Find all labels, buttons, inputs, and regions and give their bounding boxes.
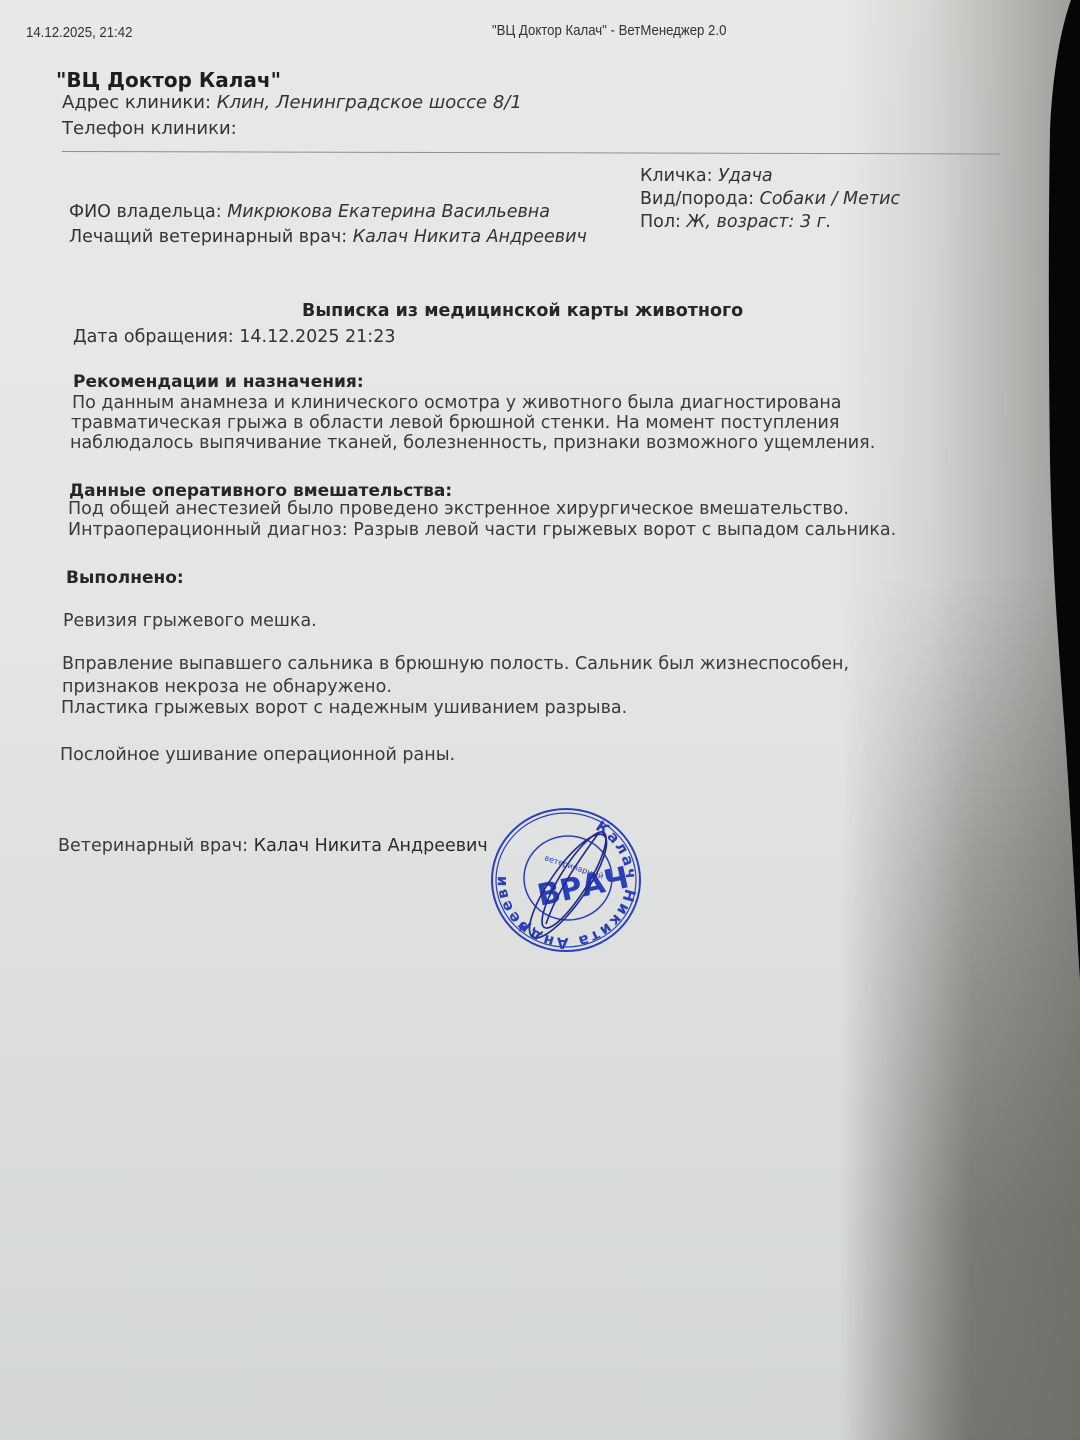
document-title: Выписка из медицинской карты животного <box>302 301 743 321</box>
surgery-line: Под общей анестезией было проведено экст… <box>68 499 849 519</box>
performed-item: Ревизия грыжевого мешка. <box>63 611 317 631</box>
clinic-phone: Телефон клиники: <box>62 118 237 139</box>
clinic-address-value: Клин, Ленинградское шоссе 8/1 <box>217 92 522 113</box>
signature-label: Ветеринарный врач: <box>58 836 248 856</box>
sex-age-label: Пол: <box>640 212 681 232</box>
performed-heading: Выполнено: <box>66 568 184 588</box>
doctor-row: Лечащий ветеринарный врач: Калач Никита … <box>69 227 587 247</box>
doctor-stamp-icon: Калач Никита Андреевич ветеринарный ВРАЧ… <box>486 804 646 956</box>
clinic-address: Адрес клиники: Клин, Ленинградское шоссе… <box>62 92 522 113</box>
performed-item: Послойное ушивание операционной раны. <box>60 745 455 765</box>
svg-text:★: ★ <box>516 920 529 936</box>
nickname-label: Кличка: <box>640 166 713 186</box>
nickname-value: Удача <box>718 166 773 186</box>
clinic-address-label: Адрес клиники: <box>62 92 211 113</box>
nickname-row: Кличка: Удача <box>640 166 773 186</box>
visit-date-label: Дата обращения: <box>73 327 234 347</box>
recommendations-line: травматическая грыжа в области левой брю… <box>71 413 839 433</box>
print-timestamp: 14.12.2025, 21:42 <box>26 24 132 41</box>
recommendations-line: наблюдалось выпячивание тканей, болезнен… <box>70 433 875 453</box>
background-dark-edge <box>1000 0 1080 1440</box>
surgery-heading: Данные оперативного вмешательства: <box>69 481 452 501</box>
performed-item: Вправление выпавшего сальника в брюшную … <box>62 654 849 674</box>
species-value: Собаки / Метис <box>760 189 900 209</box>
owner-value: Микрюкова Екатерина Васильевна <box>227 202 550 222</box>
sex-age-value: Ж, возраст: 3 г. <box>687 212 832 232</box>
performed-item: Пластика грыжевых ворот с надежным ушива… <box>61 698 627 718</box>
clinic-name: "ВЦ Доктор Калач" <box>56 68 281 92</box>
sex-age-row: Пол: Ж, возраст: 3 г. <box>640 212 831 232</box>
owner-label: ФИО владельца: <box>69 202 222 222</box>
species-row: Вид/порода: Собаки / Метис <box>640 189 900 209</box>
visit-date-value: 14.12.2025 21:23 <box>239 327 395 347</box>
signature-row: Ветеринарный врач: Калач Никита Андрееви… <box>58 836 488 856</box>
visit-date-row: Дата обращения: 14.12.2025 21:23 <box>73 327 395 347</box>
species-label: Вид/порода: <box>640 189 754 209</box>
surgery-line: Интраоперационный диагноз: Разрыв левой … <box>68 520 896 540</box>
signature-name: Калач Никита Андреевич <box>254 836 488 856</box>
print-app-title: "ВЦ Доктор Калач" - ВетМенеджер 2.0 <box>492 22 726 39</box>
doctor-label: Лечащий ветеринарный врач: <box>69 227 347 247</box>
doctor-value: Калач Никита Андреевич <box>353 227 587 247</box>
recommendations-line: По данным анамнеза и клинического осмотр… <box>72 393 842 413</box>
owner-row: ФИО владельца: Микрюкова Екатерина Васил… <box>69 202 550 222</box>
performed-item: признаков некроза не обнаружено. <box>62 677 392 697</box>
recommendations-heading: Рекомендации и назначения: <box>73 372 364 392</box>
clinic-phone-label: Телефон клиники: <box>62 118 237 139</box>
